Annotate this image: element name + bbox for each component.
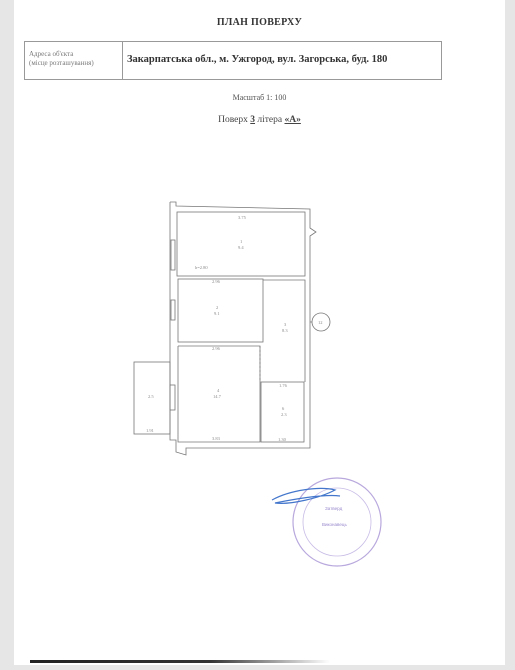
room-2-area: 9.1 — [214, 311, 220, 316]
room-1-number: 1 — [240, 239, 242, 244]
dim-5: 1.76 — [279, 383, 288, 388]
dim-4: 3.83 — [212, 436, 221, 441]
room-5-area: 2.5 — [148, 394, 154, 399]
stamp-center-text: Зaтвepд — [325, 506, 343, 511]
dim-6: 1.30 — [278, 437, 287, 442]
dim-2: 2.96 — [212, 279, 221, 284]
room-3-number: 3 — [284, 322, 287, 327]
stamp-sub-text: Виконавець — [322, 522, 347, 527]
bottom-edge — [30, 660, 330, 663]
height-note: h=2.80 — [195, 265, 208, 270]
floor-plan: 3.75 1 9.4 h=2.80 2.96 2 9.1 3 8.3 2.96 … — [0, 0, 515, 670]
room-4-area: 14.7 — [213, 394, 222, 399]
room-1-area: 9.4 — [238, 245, 244, 250]
room-3-area: 8.3 — [282, 328, 288, 333]
entrance-marker-label: 12 — [318, 320, 323, 325]
dim-3: 2.96 — [212, 346, 221, 351]
stamp: Зaтвepд Виконавець — [293, 478, 381, 566]
dim-top: 3.75 — [238, 215, 247, 220]
room-2-number: 2 — [216, 305, 218, 310]
dim-7: 1.91 — [146, 428, 154, 433]
room-6-area: 2.3 — [281, 412, 287, 417]
room-4-number: 4 — [217, 388, 220, 393]
room-6-number: 6 — [282, 406, 285, 411]
